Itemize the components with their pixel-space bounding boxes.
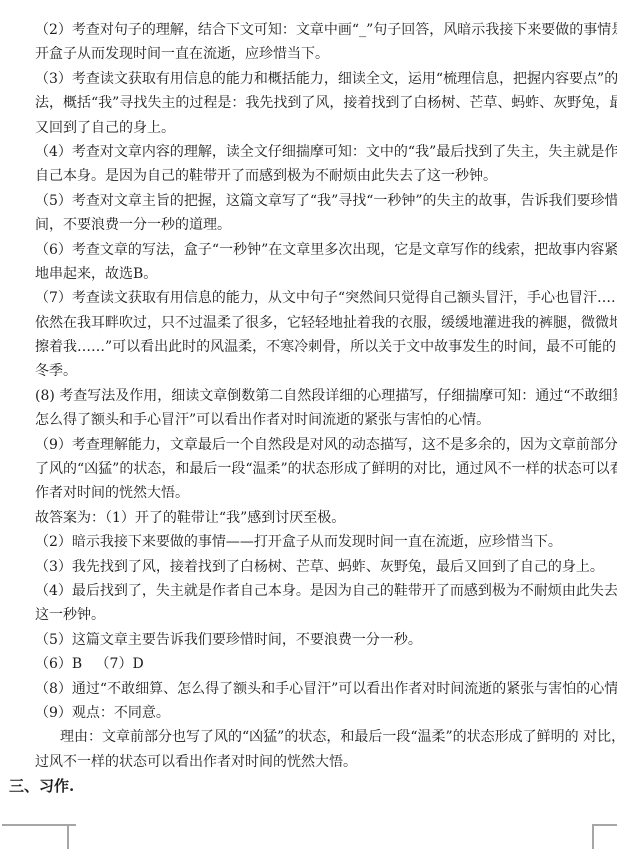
- text-line: 地串起来，故选B。: [35, 262, 587, 286]
- text-line: （5）考查对文章主旨的把握，这篇文章写了“我”寻找“一秒钟”的失主的故事，告诉我…: [35, 189, 587, 213]
- analysis-section: （2）考查对句子的理解，结合下文可知：文章中画“_”句子回答，风暗示我接下来要做…: [35, 18, 587, 506]
- margin-mark-bottom-right-horizontal: [592, 824, 617, 826]
- text-line: 法，概括“我”寻找失主的过程是：我先找到了风，接着找到了白杨树、芒草、蚂蚱、灰野…: [35, 91, 587, 115]
- text-line: (8) 考查写法及作用，细读文章倒数第二自然段详细的心理描写，仔细揣摩可知：通过…: [35, 384, 587, 408]
- text-line: 开盒子从而发现时间一直在流逝，应珍惜当下。: [35, 42, 587, 66]
- document-page: （2）考查对句子的理解，结合下文可知：文章中画“_”句子回答，风暗示我接下来要做…: [0, 0, 617, 849]
- text-line: （4）最后找到了，失主就是作者自己本身。是因为自己的鞋带开了而感到极为不耐烦由此…: [35, 579, 587, 603]
- text-line: 过风不一样的状态可以看出作者对时间的恍然大悟。: [35, 750, 587, 774]
- text-line: （6）考查文章的写法，盒子“一秒钟”在文章里多次出现，它是文章写作的线索，把故事…: [35, 238, 587, 262]
- text-line: 冬季。: [35, 359, 587, 383]
- text-line: 这一秒钟。: [35, 603, 587, 627]
- text-line: 自己本身。是因为自己的鞋带开了而感到极为不耐烦由此失去了这一秒钟。: [35, 164, 587, 188]
- text-line: （5）这篇文章主要告诉我们要珍惜时间，不要浪费一分一秒。: [35, 628, 587, 652]
- text-line: 作者对时间的恍然大悟。: [35, 481, 587, 505]
- text-line: （6）B （7）D: [35, 652, 587, 676]
- text-line: 间，不要浪费一分一秒的道理。: [35, 213, 587, 237]
- text-line: 擦着我……”可以看出此时的风温柔，不寒冷刺骨，所以关于文中故事发生的时间，最不可…: [35, 335, 587, 359]
- text-line: 故答案为：（1）开了的鞋带让“我”感到讨厌至极。: [35, 506, 587, 530]
- section-heading: 三、习作.: [9, 774, 587, 798]
- text-line: （8）通过“不敢细算、怎么得了额头和手心冒汗”可以看出作者对时间流逝的紧张与害怕…: [35, 677, 587, 701]
- text-line: （9）考查理解能力，文章最后一个自然段是对风的动态描写，这不是多余的，因为文章前…: [35, 433, 587, 457]
- text-line: 又回到了自己的身上。: [35, 116, 587, 140]
- text-line: （3）考查读文获取有用信息的能力和概括能力，细读全文，运用“梳理信息，把握内容要…: [35, 67, 587, 91]
- text-line: 怎么得了额头和手心冒汗”可以看出作者对时间流逝的紧张与害怕的心情。: [35, 408, 587, 432]
- margin-mark-bottom-right-vertical: [592, 824, 594, 849]
- answers-section: 故答案为：（1）开了的鞋带让“我”感到讨厌至极。（2）暗示我接下来要做的事情——…: [35, 506, 587, 774]
- margin-mark-bottom-left-horizontal: [2, 824, 76, 826]
- text-line: （7）考查读文获取有用信息的能力，从文中句子“突然间只觉得自己额头冒汗，手心也冒…: [35, 286, 587, 310]
- text-line: （2）考查对句子的理解，结合下文可知：文章中画“_”句子回答，风暗示我接下来要做…: [35, 18, 587, 42]
- text-line: 了风的“凶猛”的状态，和最后一段“温柔”的状态形成了鲜明的对比，通过风不一样的状…: [35, 457, 587, 481]
- margin-mark-bottom-left-vertical: [67, 824, 69, 849]
- text-line: （2）暗示我接下来要做的事情——打开盒子从而发现时间一直在流逝，应珍惜当下。: [35, 530, 587, 554]
- text-line: （9）观点：不同意。: [35, 701, 587, 725]
- text-line: （3）我先找到了风，接着找到了白杨树、芒草、蚂蚱、灰野兔，最后又回到了自己的身上…: [35, 555, 587, 579]
- document-body: （2）考查对句子的理解，结合下文可知：文章中画“_”句子回答，风暗示我接下来要做…: [35, 18, 587, 799]
- text-line: 理由：文章前部分也写了风的“凶猛”的状态，和最后一段“温柔”的状态形成了鲜明的 …: [35, 725, 587, 749]
- text-line: （4）考查对文章内容的理解，读全文仔细揣摩可知：文中的“我”最后找到了失主，失主…: [35, 140, 587, 164]
- text-line: 依然在我耳畔吹过，只不过温柔了很多，它轻轻地扯着我的衣服，缓缓地灌进我的裤腿，微…: [35, 311, 587, 335]
